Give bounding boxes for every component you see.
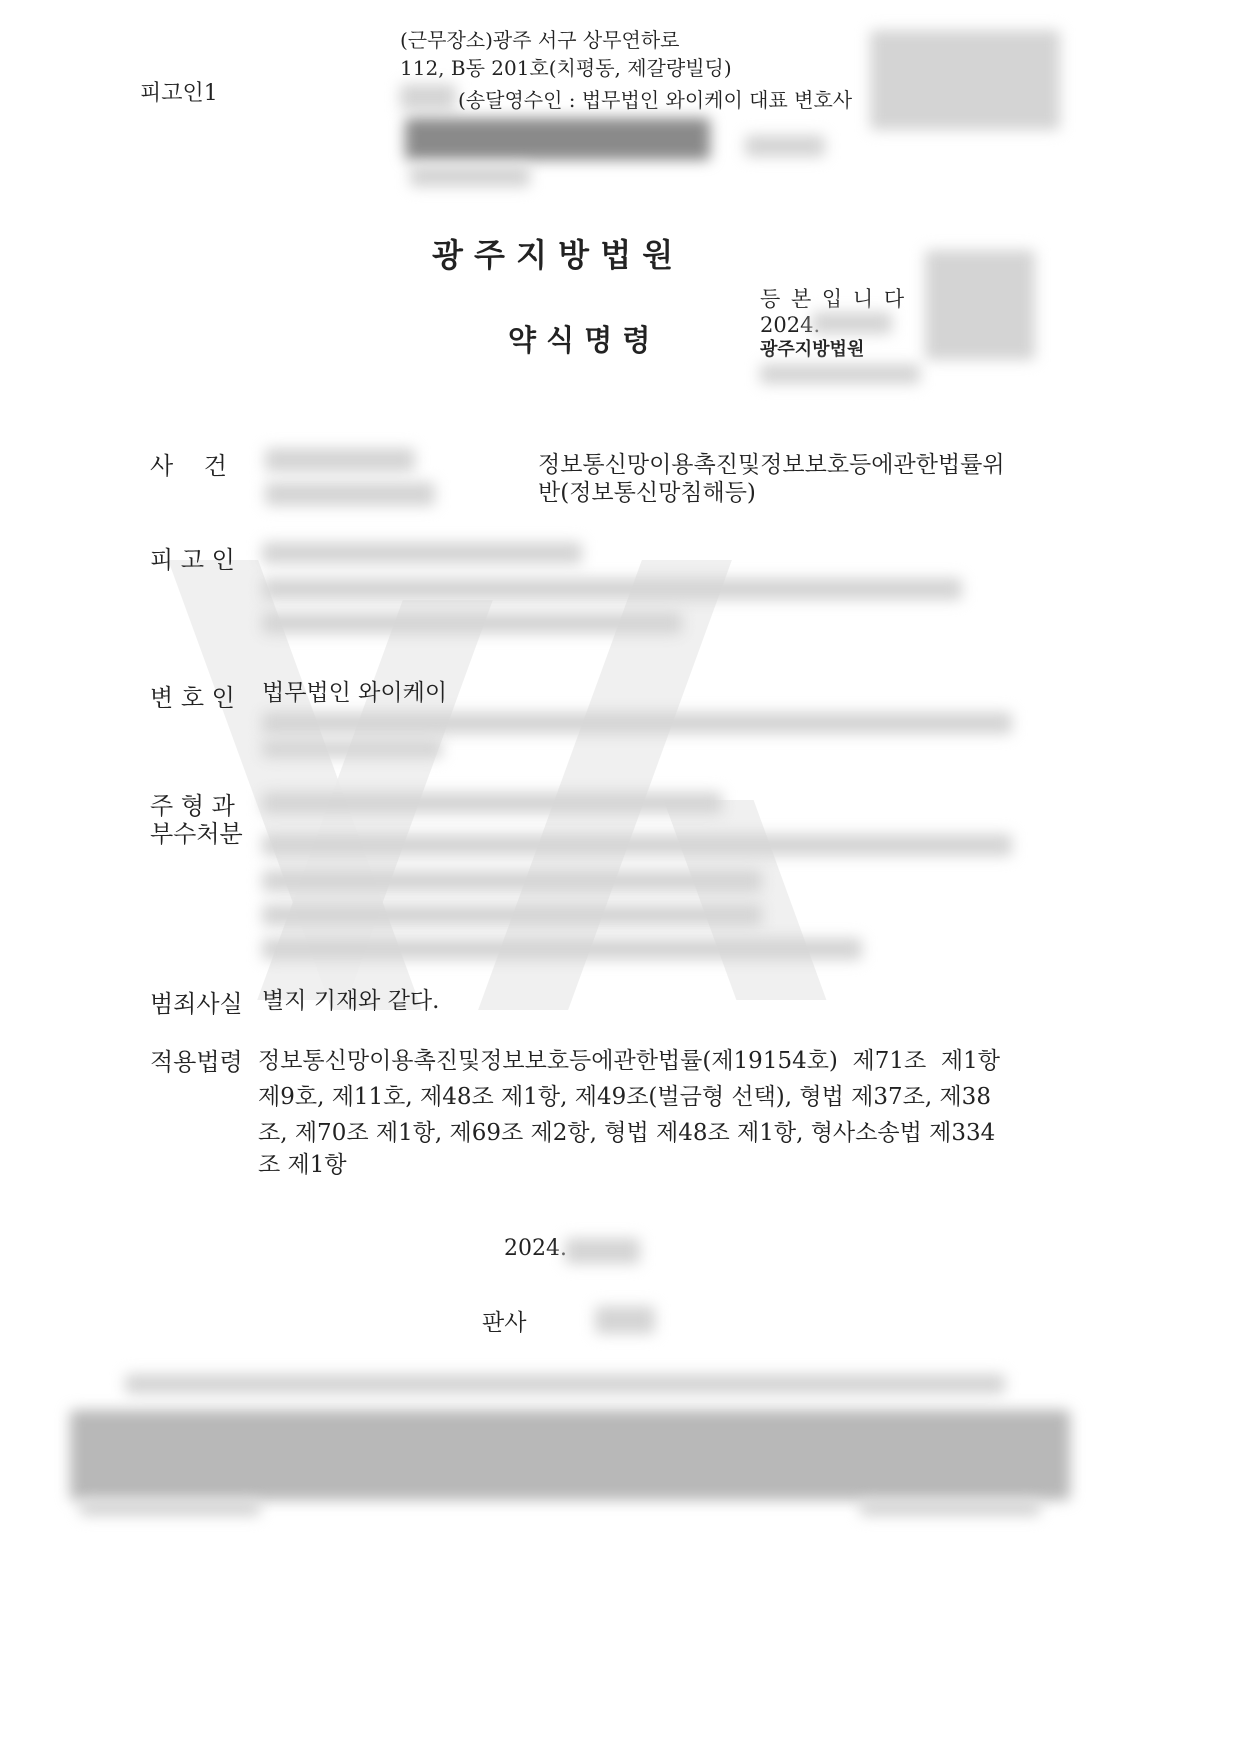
redacted-date — [565, 1238, 640, 1264]
court-name: 광 주 지 방 법 원 — [432, 230, 673, 276]
redacted-sentence — [262, 834, 1012, 856]
redacted-notice — [80, 1500, 260, 1516]
case-name-line2: 반(정보통신망침해등) — [538, 474, 756, 512]
facts-value: 별지 기재와 같다. — [262, 982, 439, 1020]
redacted-defendant — [262, 542, 582, 564]
judge-label: 판사 — [482, 1304, 526, 1337]
laws-line: 정보통신망이용촉진및정보보호등에관한법률(제19154호) 제71조 제1항 — [258, 1042, 1000, 1080]
laws-line: 제9호, 제11호, 제48조 제1항, 제49조(벌금형 선택), 형법 제3… — [258, 1078, 991, 1116]
certification-court: 광주지방법원 — [760, 337, 864, 363]
address-line2: 112, B동 201호(치평동, 제갈량빌딩) — [400, 52, 732, 81]
sentence-label-line2: 부수처분 — [150, 814, 243, 849]
issue-date: 2024. — [504, 1236, 567, 1261]
redacted-defendant — [262, 612, 682, 634]
redacted-block — [400, 84, 456, 110]
redacted-seal — [925, 250, 1035, 360]
redacted-counsel — [262, 740, 442, 758]
recipient-label: 피고인1 — [140, 76, 218, 107]
redacted-sentence — [262, 904, 762, 926]
counsel-value: 법무법인 와이케이 — [262, 674, 447, 712]
redacted-sentence — [262, 870, 762, 892]
watermark-stroke — [664, 800, 827, 1000]
certification-text: 등 본 입 니 다 — [760, 286, 906, 312]
document-title: 약 식 명 령 — [508, 318, 650, 359]
defendant-label: 피 고 인 — [150, 540, 235, 575]
laws-line: 조, 제70조 제1항, 제69조 제2항, 형법 제48조 제1항, 형사소송… — [258, 1114, 995, 1152]
redacted-notice — [125, 1374, 1005, 1394]
facts-label: 범죄사실 — [150, 984, 243, 1019]
laws-line: 조 제1항 — [258, 1146, 347, 1184]
redacted-stamp — [870, 30, 1060, 130]
redacted-block — [745, 135, 825, 157]
redacted-counsel — [262, 712, 1012, 734]
laws-label: 적용법령 — [150, 1042, 243, 1077]
counsel-label: 변 호 인 — [150, 678, 235, 713]
redacted-sentence — [262, 792, 722, 814]
redacted-case-number — [265, 448, 415, 472]
redacted-sentence — [262, 938, 862, 960]
redacted-defendant — [262, 578, 962, 600]
address-line1: (근무장소)광주 서구 상무연하로 — [400, 24, 679, 53]
redacted-block — [405, 118, 710, 160]
redacted-block — [812, 312, 892, 334]
redacted-notice-box — [70, 1410, 1070, 1500]
delivery-note: (송달영수인 : 법무법인 와이케이 대표 변호사 — [458, 84, 852, 113]
case-label: 사 건 — [150, 446, 227, 481]
redacted-notice — [860, 1500, 1040, 1516]
redacted-judge-name — [595, 1306, 655, 1334]
redacted-case-number — [265, 482, 435, 506]
redacted-block — [760, 364, 920, 384]
redacted-block — [410, 165, 530, 187]
